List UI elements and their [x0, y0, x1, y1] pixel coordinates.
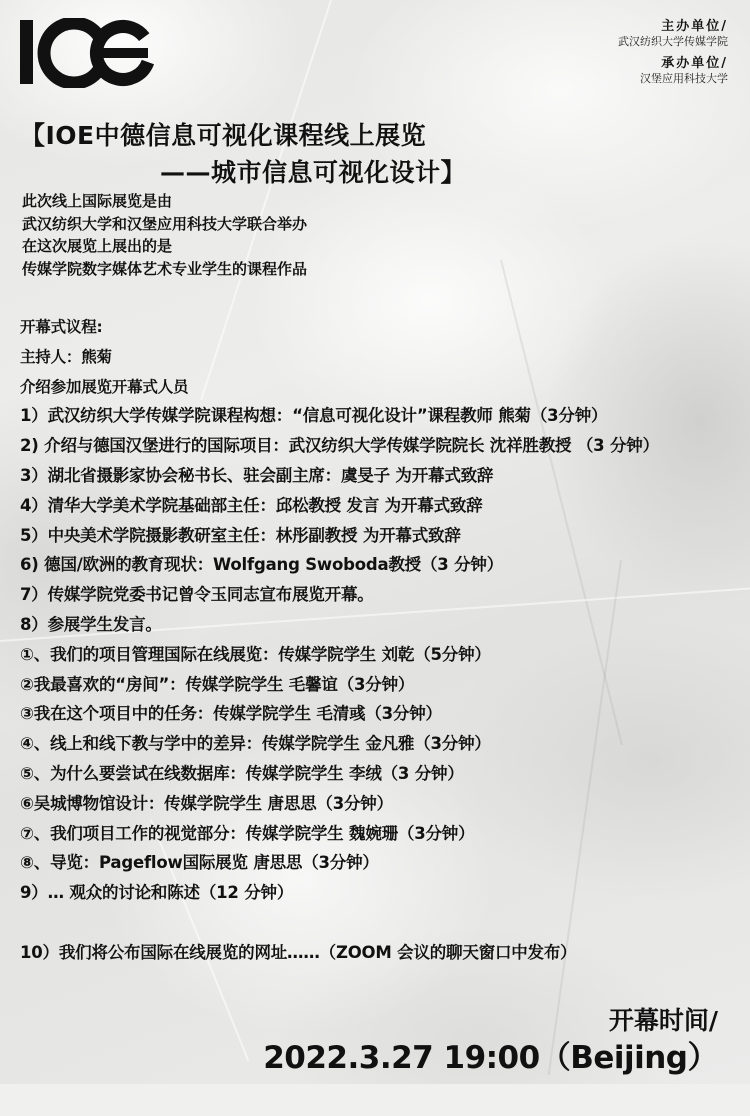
- agenda-item: 3）湖北省摄影家协会秘书长、驻会副主席：虞旻子 为开幕式致辞: [20, 464, 740, 494]
- agenda-list: 开幕式议程: 主持人：熊菊 介绍参加展览开幕式人员 1）武汉纺织大学传媒学院课程…: [20, 315, 740, 971]
- student-speech-item: ②我最喜欢的“房间”：传媒学院学生 毛馨谊（3分钟）: [20, 673, 740, 703]
- student-speech-item: ⑦、我们项目工作的视觉部分：传媒学院学生 魏婉珊（3分钟）: [20, 822, 740, 852]
- agenda-item: 6) 德国/欧洲的教育现状：Wolfgang Swoboda教授（3 分钟）: [20, 553, 740, 583]
- agenda-item: 2) 介绍与德国汉堡进行的国际项目：武汉纺织大学传媒学院院长 沈祥胜教授 （3 …: [20, 434, 740, 464]
- agenda-item: 5）中央美术学院摄影教研室主任：林彤副教授 为开幕式致辞: [20, 524, 740, 554]
- organizers-block: 主办单位/ 武汉纺织大学传媒学院 承办单位/ 汉堡应用科技大学: [618, 18, 728, 92]
- intro-line: 在这次展览上展出的是: [22, 235, 307, 258]
- agenda-final-item: 10）我们将公布国际在线展览的网址……（ZOOM 会议的聊天窗口中发布）: [20, 941, 740, 971]
- intro-line: 武汉纺织大学和汉堡应用科技大学联合举办: [22, 213, 307, 236]
- agenda-item: 4）清华大学美术学院基础部主任：邱松教授 发言 为开幕式致辞: [20, 494, 740, 524]
- host-name: 武汉纺织大学传媒学院: [618, 35, 728, 49]
- student-speech-item: ⑧、导览：Pageflow国际展览 唐思思（3分钟）: [20, 851, 740, 881]
- intro-line: 此次线上国际展览是由: [22, 190, 307, 213]
- co-host-label: 承办单位/: [618, 55, 728, 72]
- student-speech-item: ④、线上和线下教与学中的差异：传媒学院学生 金凡雅（3分钟）: [20, 732, 740, 762]
- agenda-host: 主持人：熊菊: [20, 345, 740, 375]
- agenda-heading: 开幕式议程:: [20, 315, 740, 345]
- student-speech-item: ③我在这个项目中的任务：传媒学院学生 毛清彧（3分钟）: [20, 702, 740, 732]
- opening-time-block: 开幕时间/ 2022.3.27 19:00（Beijing）: [263, 1004, 718, 1078]
- student-speech-item: ①、我们的项目管理国际在线展览：传媒学院学生 刘乾（5分钟）: [20, 643, 740, 673]
- opening-time-label: 开幕时间/: [263, 1004, 718, 1038]
- exhibition-title-line-1: 【IOE中德信息可视化课程线上展览: [20, 120, 426, 152]
- ioe-logo-icon: [20, 18, 160, 88]
- agenda-intro: 介绍参加展览开幕式人员: [20, 375, 740, 405]
- exhibition-title-line-2: ——城市信息可视化设计】: [160, 157, 466, 189]
- ioe-logo: [20, 18, 160, 88]
- student-speech-item: ⑤、为什么要尝试在线数据库：传媒学院学生 李绒（3 分钟）: [20, 762, 740, 792]
- agenda-item: 1）武汉纺织大学传媒学院课程构想：“信息可视化设计”课程教师 熊菊（3分钟）: [20, 404, 740, 434]
- opening-time-value: 2022.3.27 19:00（Beijing）: [263, 1038, 718, 1078]
- agenda-item: 8）参展学生发言。: [20, 613, 740, 643]
- intro-line: 传媒学院数字媒体艺术专业学生的课程作品: [22, 258, 307, 281]
- host-label: 主办单位/: [618, 18, 728, 35]
- poster-background: 主办单位/ 武汉纺织大学传媒学院 承办单位/ 汉堡应用科技大学 【IOE中德信息…: [0, 0, 750, 1084]
- spacer: [20, 911, 740, 941]
- agenda-item: 9）… 观众的讨论和陈述（12 分钟）: [20, 881, 740, 911]
- student-speech-item: ⑥吴城博物馆设计：传媒学院学生 唐思思（3分钟）: [20, 792, 740, 822]
- intro-paragraph: 此次线上国际展览是由 武汉纺织大学和汉堡应用科技大学联合举办 在这次展览上展出的…: [22, 190, 307, 280]
- agenda-item: 7）传媒学院党委书记曾令玉同志宣布展览开幕。: [20, 583, 740, 613]
- co-host-name: 汉堡应用科技大学: [618, 72, 728, 86]
